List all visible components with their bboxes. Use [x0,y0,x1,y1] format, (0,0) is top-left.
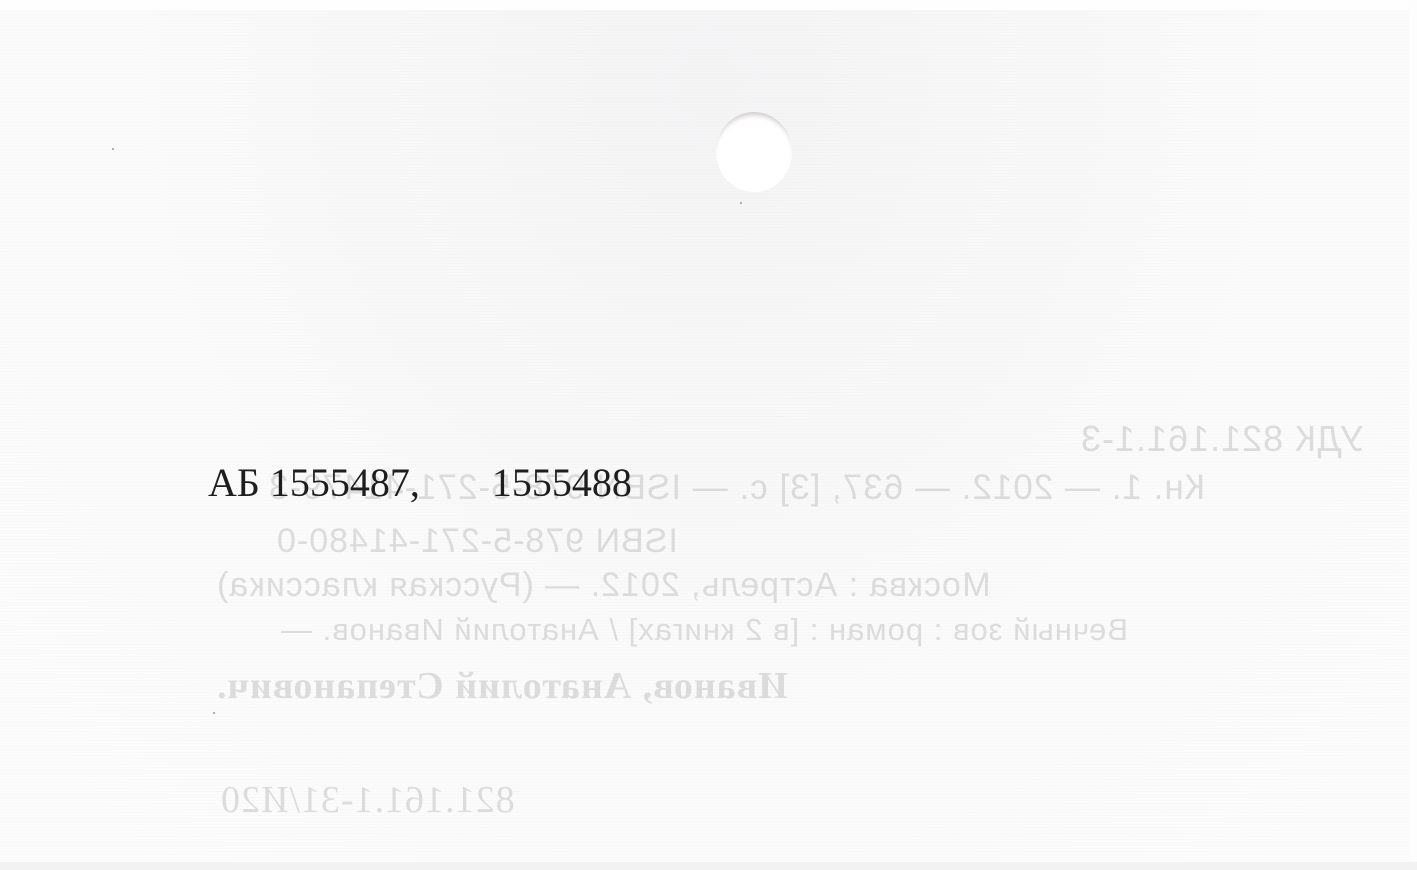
bleed-title-line: Вечный зов : роман : [в 2 книгах] / Анат… [280,612,1128,648]
inventory-prefix: АБ [208,460,260,505]
inventory-numbers: АБ 1555487,1555488 [208,459,632,506]
card-bottom-edge [0,862,1417,870]
bleed-isbn-line: ISBN 978-5-271-41480-0 [276,522,678,561]
inventory-number-first: 1555487, [270,460,420,505]
bleed-author-line: Иванов, Анатолий Степанович. [216,664,788,708]
paper-speck [112,148,114,150]
bleed-shelf-mark: 821.161.1-31/И20 [220,778,515,822]
paper-speck [740,202,742,204]
catalog-card: УДК 821.161.1-3 Кн. 1. — 2012. — 637, [3… [0,0,1417,870]
paper-speck [213,712,215,714]
inventory-number-second: 1555488 [492,460,632,505]
bleed-udk: УДК 821.161.1-3 [1080,418,1364,460]
punch-hole [716,112,792,192]
bleed-publisher-line: Москва : Астрель, 2012. — (Русская класс… [216,566,991,605]
card-top-edge [0,0,1417,10]
card-right-edge [1409,0,1417,870]
